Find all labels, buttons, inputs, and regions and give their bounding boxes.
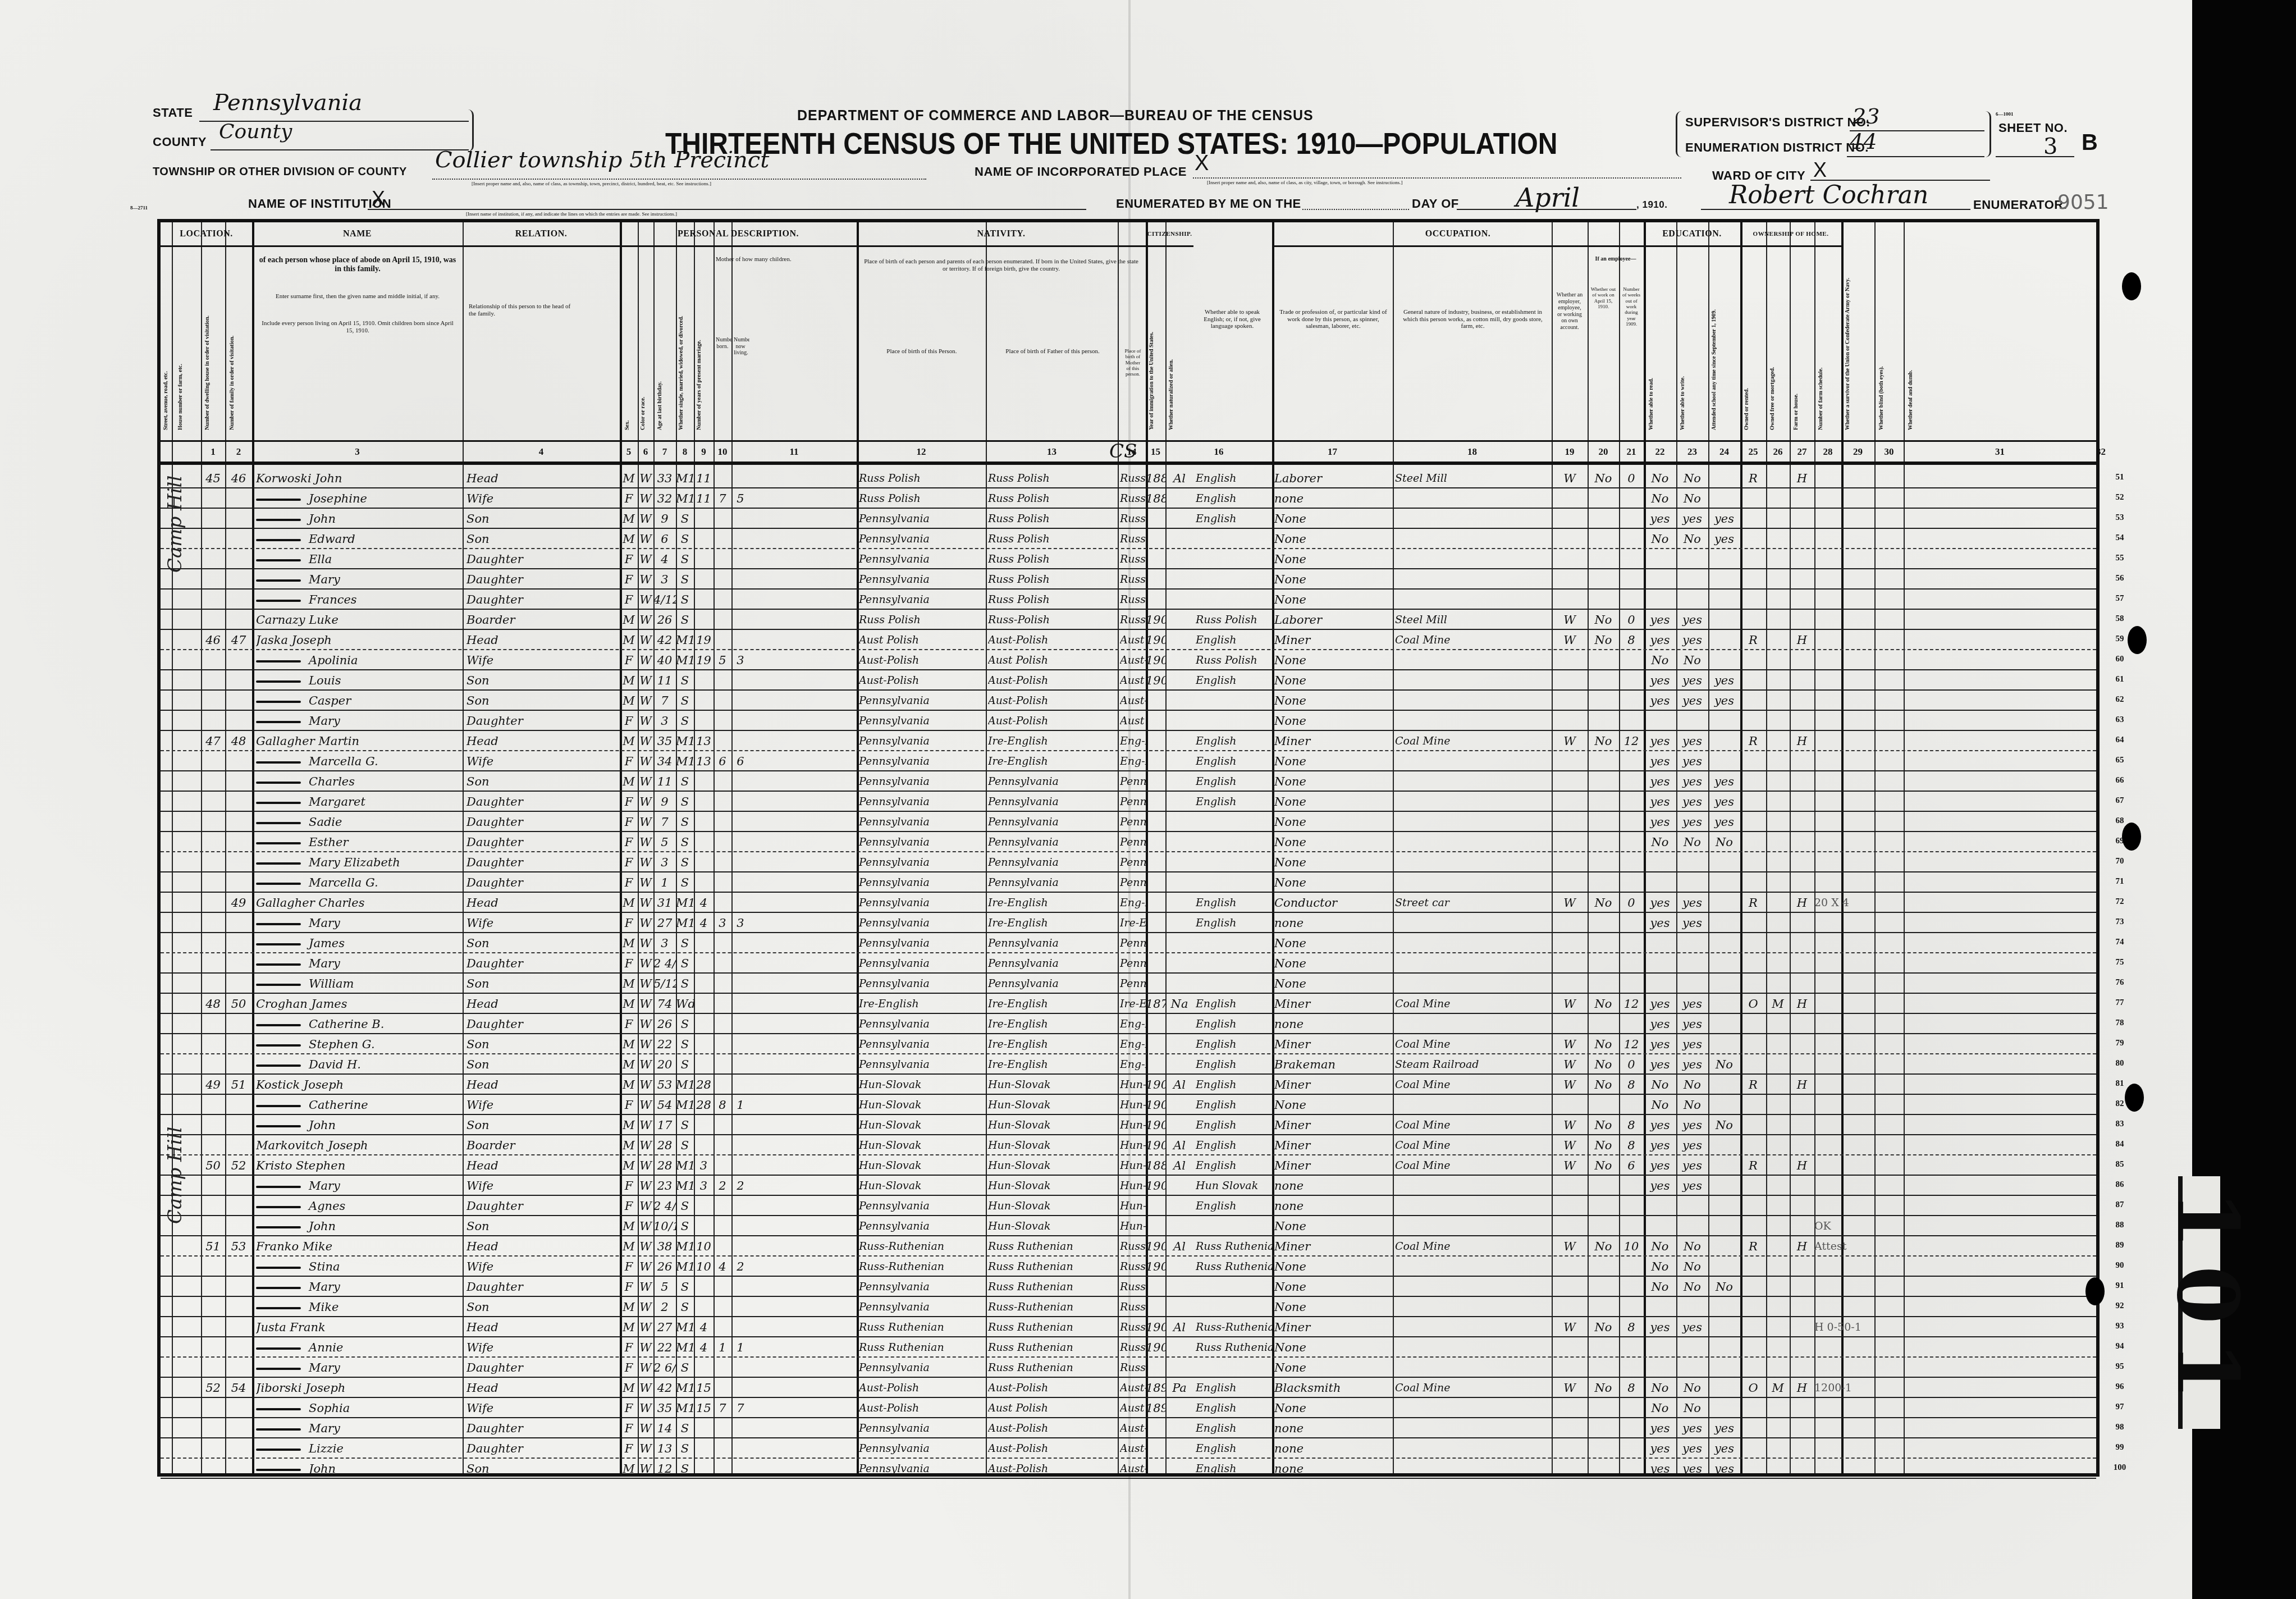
cell-rel: Wife xyxy=(466,488,620,509)
line-number: 67 xyxy=(2109,796,2131,806)
table-row: CharlesSonMW11SPennsylvaniaPennsylvaniaP… xyxy=(161,771,2096,792)
cell-race: W xyxy=(638,569,653,590)
cell-bm: Pennsylvania xyxy=(1120,953,1146,974)
cell-bm: Hun-Slovak xyxy=(1120,1155,1146,1176)
column-number: 7 xyxy=(653,446,676,458)
cell-ind: Coal Mine xyxy=(1395,1135,1552,1155)
cell-race: W xyxy=(638,1115,653,1135)
cell-age: 4/12 xyxy=(653,590,676,610)
cell-bp: Ire-English xyxy=(859,994,986,1014)
incorporated-label: NAME OF INCORPORATED PLACE xyxy=(975,165,1187,179)
cell-race: W xyxy=(638,1216,653,1236)
cell-trade: Brakeman xyxy=(1274,1054,1393,1075)
cell-bf: Ire-English xyxy=(988,893,1118,913)
cell-age: 11 xyxy=(653,670,676,691)
cell-age: 3 xyxy=(653,852,676,872)
cell-imm: 1889 xyxy=(1146,1155,1165,1176)
cell-bp: Pennsylvania xyxy=(859,832,986,852)
cell-age: 26 xyxy=(653,610,676,630)
cell-wr: No xyxy=(1676,1095,1708,1115)
cell-name: Casper xyxy=(256,691,463,711)
cell-age: 28 xyxy=(653,1135,676,1155)
cell-imm: 1900 xyxy=(1146,1236,1165,1257)
table-row: 5052Kristo StephenHeadMW28M13Hun-SlovakH… xyxy=(161,1155,2096,1176)
table-row: 4951Kostick JosephHeadMW53M128Hun-Slovak… xyxy=(161,1075,2096,1095)
cell-bf: Pennsylvania xyxy=(988,933,1118,953)
cell-eng: English xyxy=(1196,1378,1272,1398)
column-number: 29 xyxy=(1841,446,1874,458)
table-row: MaryDaughterFW2 6/12SPennsylvaniaRuss Ru… xyxy=(161,1358,2096,1378)
cell-eng: English xyxy=(1196,1075,1272,1095)
cell-extra: H 0-50-1 xyxy=(1814,1317,2013,1337)
line-number: 96 xyxy=(2109,1382,2131,1392)
cell-mar: M1 xyxy=(676,731,694,751)
cell-race: W xyxy=(638,893,653,913)
cell-age: 5 xyxy=(653,1277,676,1297)
cell-mar: S xyxy=(676,670,694,691)
cell-rel: Daughter xyxy=(466,549,620,569)
table-row: JohnSonMW12SPennsylvaniaAust-PolishAust-… xyxy=(161,1459,2096,1479)
cell-rel: Daughter xyxy=(466,852,620,872)
cell-sex: F xyxy=(620,1095,638,1115)
cell-age: 38 xyxy=(653,1236,676,1257)
cell-bf: Russ Polish xyxy=(988,488,1118,509)
cell-wk: 12 xyxy=(1619,1034,1644,1054)
cell-wr: yes xyxy=(1676,670,1708,691)
cell-rel: Wife xyxy=(466,650,620,670)
cell-rel: Son xyxy=(466,1297,620,1317)
header-birth-mother: Place of birth of Mother of this person. xyxy=(1120,346,1145,380)
cell-bm: Hun-Slovak xyxy=(1120,1135,1146,1155)
cell-bf: Hun-Slovak xyxy=(988,1196,1118,1216)
cell-sch: yes xyxy=(1708,670,1740,691)
cell-bp: Pennsylvania xyxy=(859,691,986,711)
cell-yrs: 4 xyxy=(694,1337,714,1358)
cell-eng: Russ Polish xyxy=(1196,650,1272,670)
cell-bm: Eng-English xyxy=(1120,731,1146,751)
cell-wk: 6 xyxy=(1619,1155,1644,1176)
cell-emp: W xyxy=(1552,1155,1588,1176)
cell-bf: Ire-English xyxy=(988,751,1118,771)
cell-bm: Russ Polish xyxy=(1120,468,1146,488)
cell-trade: None xyxy=(1274,509,1393,529)
cell-extra: Attest xyxy=(1814,1236,2013,1257)
table-row: 5153Franko MikeHeadMW38M110Russ-Ruthenia… xyxy=(161,1236,2096,1257)
census-sheet: STATE Pennsylvania COUNTY County TOWNSHI… xyxy=(0,0,2192,1599)
column-number: 2 xyxy=(225,446,252,458)
cell-bp: Aust-Polish xyxy=(859,1398,986,1418)
cell-living: 3 xyxy=(731,650,749,670)
cell-mar: S xyxy=(676,549,694,569)
header-immigration: Year of immigration to the United States… xyxy=(1149,256,1163,430)
cell-rel: Head xyxy=(466,1075,620,1095)
table-row: EdwardSonMW6SPennsylvaniaRuss PolishRuss… xyxy=(161,529,2096,549)
cell-race: W xyxy=(638,832,653,852)
supervisor-label: SUPERVISOR'S DISTRICT NO. xyxy=(1685,115,1870,130)
table-row: JohnSonMW10/12SPennsylvaniaHun-SlovakHun… xyxy=(161,1216,2096,1236)
cell-mar: S xyxy=(676,771,694,792)
cell-oow: No xyxy=(1588,1155,1619,1176)
cell-sex: M xyxy=(620,1034,638,1054)
cell-bm: Pennsylvania xyxy=(1120,872,1146,893)
cell-wr: yes xyxy=(1676,792,1708,812)
column-number: 20 xyxy=(1588,446,1619,458)
cell-nat: Al xyxy=(1165,468,1193,488)
institution-note: [Insert name of institution, if any, and… xyxy=(466,211,677,217)
cell-wr: yes xyxy=(1676,1115,1708,1135)
cell-age: 54 xyxy=(653,1095,676,1115)
cell-name: Gallagher Martin xyxy=(256,731,463,751)
column-number: 15 xyxy=(1146,446,1165,458)
cell-bp: Pennsylvania xyxy=(859,1216,986,1236)
table-row: CatherineWifeFW54M12881Hun-SlovakHun-Slo… xyxy=(161,1095,2096,1115)
cell-rel: Head xyxy=(466,893,620,913)
cell-name: John xyxy=(256,1459,463,1479)
form-code: 6—1001 xyxy=(1996,111,2014,117)
cell-eng: English xyxy=(1196,1196,1272,1216)
cell-emp: W xyxy=(1552,468,1588,488)
cell-rel: Head xyxy=(466,468,620,488)
cell-mar: S xyxy=(676,1277,694,1297)
cell-eng: English xyxy=(1196,792,1272,812)
cell-sex: F xyxy=(620,711,638,731)
cell-yrs: 11 xyxy=(694,468,714,488)
table-row: CasperSonMW7SPennsylvaniaAust-PolishAust… xyxy=(161,691,2096,711)
cell-age: 23 xyxy=(653,1176,676,1196)
cell-eng: English xyxy=(1196,994,1272,1014)
cell-trade: Blacksmith xyxy=(1274,1378,1393,1398)
group-occupation: OCCUPATION. xyxy=(1272,222,1644,247)
cell-wr: yes xyxy=(1676,630,1708,650)
cell-name: David H. xyxy=(256,1054,463,1075)
cell-yrs: 15 xyxy=(694,1378,714,1398)
cell-emp: W xyxy=(1552,610,1588,630)
line-number: 91 xyxy=(2109,1281,2131,1291)
cell-age: 2 6/12 xyxy=(653,1358,676,1378)
column-number: 18 xyxy=(1393,446,1552,458)
line-number: 89 xyxy=(2109,1241,2131,1250)
cell-rd: yes xyxy=(1644,630,1676,650)
column-number: 9 xyxy=(694,446,714,458)
cell-bp: Pennsylvania xyxy=(859,711,986,731)
cell-age: 26 xyxy=(653,1014,676,1034)
cell-wr: No xyxy=(1676,650,1708,670)
cell-trade: None xyxy=(1274,711,1393,731)
cell-wr: No xyxy=(1676,488,1708,509)
cell-bf: Russ-Polish xyxy=(988,610,1118,630)
table-row: 49Gallagher CharlesHeadMW31M14Pennsylvan… xyxy=(161,893,2096,913)
cell-bp: Aust Polish xyxy=(859,630,986,650)
cell-trade: none xyxy=(1274,1176,1393,1196)
cell-name: Mary xyxy=(256,569,463,590)
line-number: 87 xyxy=(2109,1200,2131,1210)
header-family: Number of family in order of visitation. xyxy=(229,250,250,430)
cell-rd: yes xyxy=(1644,1054,1676,1075)
table-row: FrancesDaughterFW4/12SPennsylvaniaRuss P… xyxy=(161,590,2096,610)
cell-age: 20 xyxy=(653,1054,676,1075)
cell-rel: Head xyxy=(466,630,620,650)
cell-imm: 1900 xyxy=(1146,1257,1165,1277)
cell-sex: M xyxy=(620,1135,638,1155)
cell-age: 26 xyxy=(653,1257,676,1277)
header-nativity-desc: Place of birth of each person and parent… xyxy=(859,256,1143,275)
cell-bm: Russ-Polish xyxy=(1120,549,1146,569)
cell-bm: Russ Ruthenian xyxy=(1120,1337,1146,1358)
cell-bf: Hun-Slovak xyxy=(988,1075,1118,1095)
cell-wr: No xyxy=(1676,468,1708,488)
cell-bf: Russ Ruthenian xyxy=(988,1337,1118,1358)
header-weeks-out: Number of weeks out of work during year … xyxy=(1619,284,1644,329)
cell-name: Marcella G. xyxy=(256,872,463,893)
header-schedule: Number of farm schedule. xyxy=(1818,256,1839,430)
cell-mar: S xyxy=(676,610,694,630)
state-label: STATE xyxy=(153,106,193,120)
cell-sex: F xyxy=(620,488,638,509)
header-owned: Owned or rented. xyxy=(1744,256,1764,430)
cell-yrs: 11 xyxy=(694,488,714,509)
cell-sex: F xyxy=(620,953,638,974)
cell-bm: Eng-English xyxy=(1120,1014,1146,1034)
header-industry: General nature of industry, business, or… xyxy=(1396,307,1550,332)
cell-mar: M1 xyxy=(676,1176,694,1196)
cell-sex: M xyxy=(620,509,638,529)
cell-rel: Wife xyxy=(466,751,620,771)
cell-mar: S xyxy=(676,792,694,812)
cell-trade: Miner xyxy=(1274,1075,1393,1095)
cell-mar: S xyxy=(676,569,694,590)
cell-name: Marcella G. xyxy=(256,751,463,771)
cell-bp: Pennsylvania xyxy=(859,509,986,529)
cell-sch: yes xyxy=(1708,812,1740,832)
cell-bp: Pennsylvania xyxy=(859,1297,986,1317)
cell-name: Justa Frank xyxy=(256,1317,463,1337)
column-number: 17 xyxy=(1272,446,1393,458)
line-number: 84 xyxy=(2109,1140,2131,1149)
cell-race: W xyxy=(638,1135,653,1155)
cell-bp: Pennsylvania xyxy=(859,569,986,590)
enumerator-name: Robert Cochran xyxy=(1729,181,1928,209)
cell-race: W xyxy=(638,731,653,751)
cell-name: Mary xyxy=(256,1418,463,1438)
cell-rel: Daughter xyxy=(466,832,620,852)
census-title: THIRTEENTH CENSUS OF THE UNITED STATES: … xyxy=(665,127,1557,162)
cell-mar: M1 xyxy=(676,488,694,509)
cell-trade: Miner xyxy=(1274,1155,1393,1176)
cell-mar: M1 xyxy=(676,1257,694,1277)
line-number: 85 xyxy=(2109,1160,2131,1169)
cell-bp: Hun-Slovak xyxy=(859,1135,986,1155)
cell-own: R xyxy=(1740,731,1766,751)
cell-imm: 1905 xyxy=(1146,1337,1165,1358)
header-name-instr1: Enter surname first, then the given name… xyxy=(256,291,459,303)
table-row: ApoliniaWifeFW40M11953Aust-PolishAust Po… xyxy=(161,650,2096,670)
cell-name: Mary Elizabeth xyxy=(256,852,463,872)
cell-bf: Ire-English xyxy=(988,994,1118,1014)
header-birth-father: Place of birth of Father of this person. xyxy=(989,346,1117,358)
header-house-no: House number or farm, etc. xyxy=(177,250,198,430)
ward-label: WARD OF CITY xyxy=(1712,168,1805,183)
cell-bf: Russ Ruthenian xyxy=(988,1236,1118,1257)
cell-race: W xyxy=(638,953,653,974)
cell-bm: Ire-English xyxy=(1120,994,1146,1014)
cell-bm: Aust-Polish xyxy=(1120,650,1146,670)
cell-race: W xyxy=(638,1297,653,1317)
cell-bf: Pennsylvania xyxy=(988,852,1118,872)
cell-name: Jiborski Joseph xyxy=(256,1378,463,1398)
cell-emp: W xyxy=(1552,1317,1588,1337)
cell-rd: yes xyxy=(1644,1155,1676,1176)
line-number: 52 xyxy=(2109,493,2131,502)
cell-race: W xyxy=(638,1196,653,1216)
cell-name: Jaska Joseph xyxy=(256,630,463,650)
cell-bp: Pennsylvania xyxy=(859,731,986,751)
cell-age: 7 xyxy=(653,812,676,832)
cell-farm: H xyxy=(1790,1378,1814,1398)
cell-sex: M xyxy=(620,731,638,751)
cell-rd: yes xyxy=(1644,771,1676,792)
line-number: 88 xyxy=(2109,1221,2131,1230)
cell-wr: yes xyxy=(1676,1317,1708,1337)
cell-race: W xyxy=(638,1438,653,1459)
cell-bf: Russ-Ruthenian xyxy=(988,1297,1118,1317)
incorporated-underline xyxy=(1193,177,1681,179)
cell-sch: yes xyxy=(1708,529,1740,549)
column-number: 1 xyxy=(201,446,225,458)
cell-name: Charles xyxy=(256,771,463,792)
cell-sex: M xyxy=(620,1155,638,1176)
table-row: JohnSonMW17SHun-SlovakHun-SlovakHun-Slov… xyxy=(161,1115,2096,1135)
cell-oow: No xyxy=(1588,1135,1619,1155)
cell-sch: yes xyxy=(1708,792,1740,812)
line-number: 97 xyxy=(2109,1402,2131,1412)
cell-mar: M1 xyxy=(676,1398,694,1418)
cell-wr: yes xyxy=(1676,1034,1708,1054)
cell-rel: Son xyxy=(466,933,620,953)
cell-yrs: 3 xyxy=(694,1176,714,1196)
cell-bm: Hun-Slovak xyxy=(1120,1216,1146,1236)
header-read: Whether able to read. xyxy=(1648,256,1673,430)
cell-ind: Coal Mine xyxy=(1395,630,1552,650)
cell-rd: No xyxy=(1644,1236,1676,1257)
cell-rel: Wife xyxy=(466,1176,620,1196)
cell-rel: Daughter xyxy=(466,953,620,974)
cell-oow: No xyxy=(1588,1115,1619,1135)
line-number: 74 xyxy=(2109,938,2131,947)
cell-race: W xyxy=(638,670,653,691)
cell-emp: W xyxy=(1552,1236,1588,1257)
header-free: Owned free or mortgaged. xyxy=(1769,256,1787,430)
cell-bp: Aust-Polish xyxy=(859,650,986,670)
line-number: 99 xyxy=(2109,1443,2131,1452)
cell-ind: Coal Mine xyxy=(1395,1115,1552,1135)
cell-bp: Pennsylvania xyxy=(859,590,986,610)
cell-sex: M xyxy=(620,1115,638,1135)
cell-rd: yes xyxy=(1644,1459,1676,1479)
cell-mar: M1 xyxy=(676,650,694,670)
column-number: 30 xyxy=(1874,446,1904,458)
cell-bf: Pennsylvania xyxy=(988,832,1118,852)
cell-race: W xyxy=(638,711,653,731)
cell-mar: S xyxy=(676,1196,694,1216)
cell-mar: M1 xyxy=(676,1095,694,1115)
cell-rel: Wife xyxy=(466,1337,620,1358)
cell-age: 74 xyxy=(653,994,676,1014)
table-row: SadieDaughterFW7SPennsylvaniaPennsylvani… xyxy=(161,812,2096,832)
cell-name: Mary xyxy=(256,953,463,974)
ward-value: X xyxy=(1813,158,1827,182)
cell-rel: Wife xyxy=(466,913,620,933)
cell-rd: yes xyxy=(1644,1034,1676,1054)
cell-bm: Aust-Polish xyxy=(1120,1438,1146,1459)
cell-imm: 1905 xyxy=(1146,1317,1165,1337)
cell-imm: 1901 xyxy=(1146,650,1165,670)
cell-name: Margaret xyxy=(256,792,463,812)
cell-bm: Hun-Slovak xyxy=(1120,1176,1146,1196)
sheet-underline xyxy=(1996,156,2074,157)
cell-trade: Miner xyxy=(1274,994,1393,1014)
cell-emp: W xyxy=(1552,1135,1588,1155)
cell-sex: M xyxy=(620,1317,638,1337)
header-trade: Trade or profession of, or particular ki… xyxy=(1275,307,1392,332)
cell-trade: Miner xyxy=(1274,1236,1393,1257)
cell-emp: W xyxy=(1552,630,1588,650)
line-number: 63 xyxy=(2109,715,2131,725)
cell-living: 2 xyxy=(731,1176,749,1196)
cell-bp: Pennsylvania xyxy=(859,529,986,549)
cell-rel: Head xyxy=(466,1317,620,1337)
cell-bp: Aust-Polish xyxy=(859,670,986,691)
cell-bp: Russ-Ruthenian xyxy=(859,1236,986,1257)
cell-imm: 1906 xyxy=(1146,1115,1165,1135)
cell-eng: Russ Polish xyxy=(1196,610,1272,630)
table-row: EstherDaughterFW5SPennsylvaniaPennsylvan… xyxy=(161,832,2096,852)
table-row: Justa FrankHeadMW27M14Russ RuthenianRuss… xyxy=(161,1317,2096,1337)
cell-eng: English xyxy=(1196,630,1272,650)
state-value: Pennsylvania xyxy=(213,90,362,116)
line-number: 66 xyxy=(2109,776,2131,785)
header-school: Attended school any time since September… xyxy=(1711,256,1738,430)
line-number: 86 xyxy=(2109,1180,2131,1190)
cell-bp: Russ Polish xyxy=(859,468,986,488)
cell-rel: Head xyxy=(466,1155,620,1176)
cell-race: W xyxy=(638,509,653,529)
cell-sex: F xyxy=(620,812,638,832)
cell-sex: M xyxy=(620,630,638,650)
cell-race: W xyxy=(638,650,653,670)
cell-living: 1 xyxy=(731,1095,749,1115)
header-name-desc: of each person whose place of abode on A… xyxy=(256,254,459,276)
cell-sex: F xyxy=(620,1398,638,1418)
cell-mar: S xyxy=(676,1115,694,1135)
cell-bf: Aust-Polish xyxy=(988,1438,1118,1459)
cell-mar: S xyxy=(676,953,694,974)
line-number: 60 xyxy=(2109,655,2131,664)
cell-born: 8 xyxy=(714,1095,731,1115)
cell-name: Lizzie xyxy=(256,1438,463,1459)
cell-bm: Pennsylvania xyxy=(1120,771,1146,792)
cell-race: W xyxy=(638,1398,653,1418)
cell-living: 3 xyxy=(731,913,749,933)
column-number: 19 xyxy=(1552,446,1588,458)
cell-race: W xyxy=(638,751,653,771)
cell-wr: yes xyxy=(1676,893,1708,913)
cell-imm: 1901 xyxy=(1146,670,1165,691)
cell-bm: Aust Polish xyxy=(1120,630,1146,650)
cell-imm: 1901 xyxy=(1146,1095,1165,1115)
cell-trade: none xyxy=(1274,1438,1393,1459)
cell-age: 5 xyxy=(653,832,676,852)
cell-sch: yes xyxy=(1708,1418,1740,1438)
